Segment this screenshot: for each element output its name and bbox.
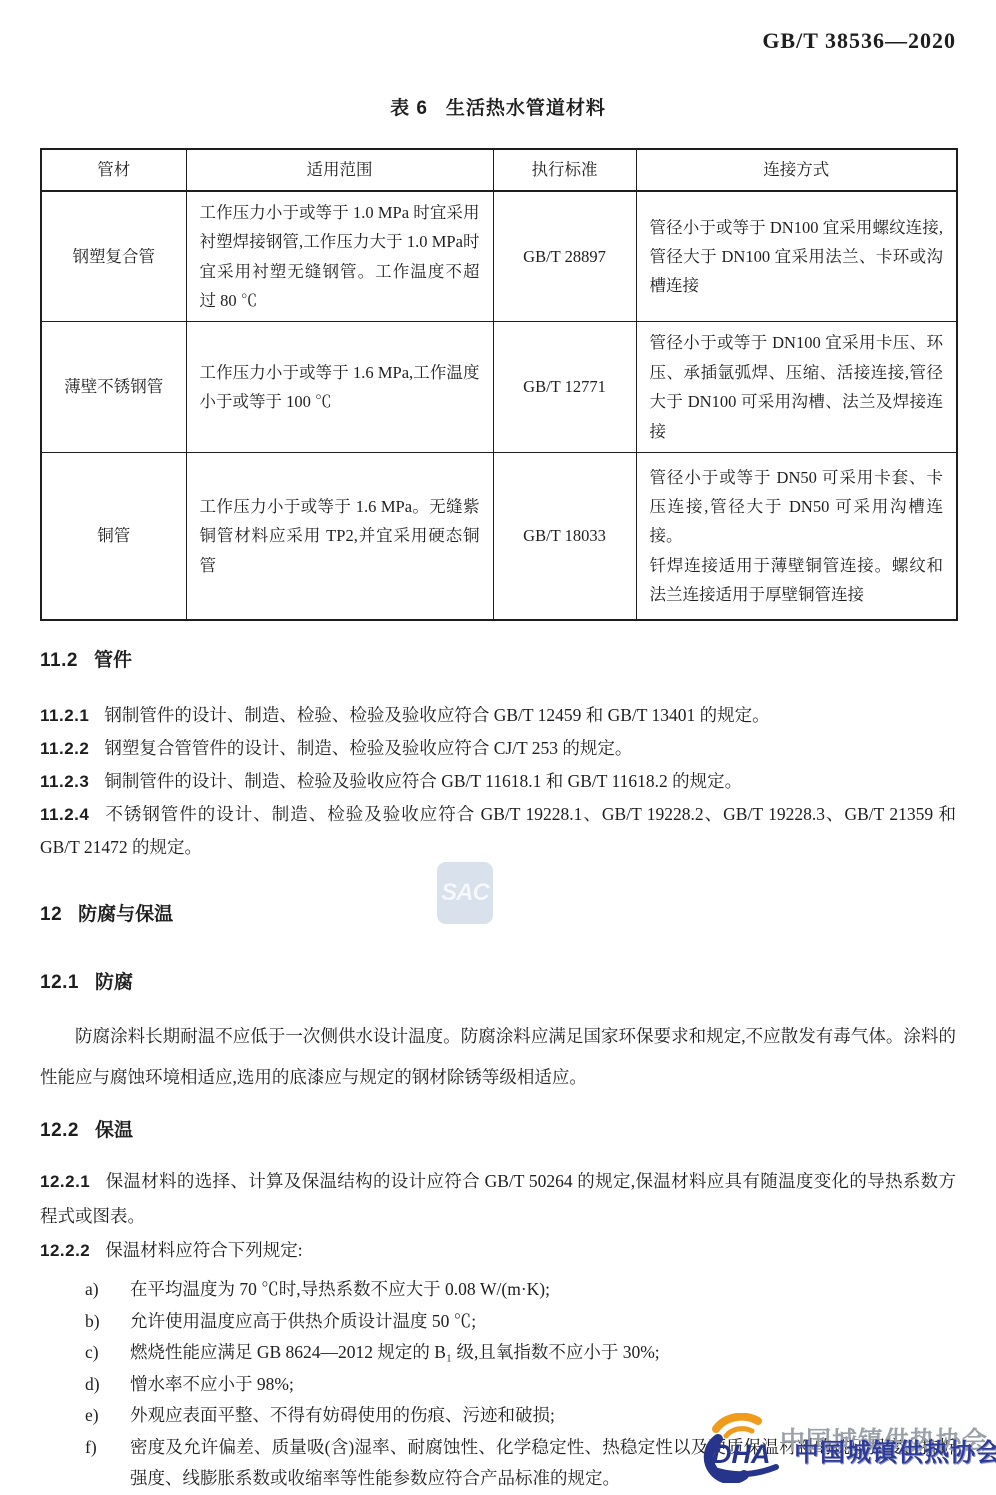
- section-title: 管件: [94, 650, 132, 671]
- table-row: 薄壁不锈钢管 工作压力小于或等于 1.6 MPa,工作温度小于或等于 100 ℃…: [41, 322, 957, 452]
- section-heading-12-1: 12.1防腐: [40, 972, 956, 994]
- list-item-text: 允许使用温度应高于供热介质设计温度 50 ℃;: [130, 1311, 476, 1331]
- section-title: 保温: [95, 1120, 133, 1141]
- association-name-main: 中国城镇供热协会: [794, 1433, 996, 1469]
- cdha-acronym: DHA: [712, 1439, 771, 1470]
- document-page: GB/T 38536—2020 表 6生活热水管道材料 管材 适用范围 执行标准…: [0, 0, 996, 1495]
- list-item-text: 外观应表面平整、不得有妨碍使用的伤痕、污迹和破损;: [130, 1405, 555, 1425]
- list-item: b)允许使用温度应高于供热介质设计温度 50 ℃;: [40, 1306, 956, 1338]
- pipe-materials-table: 管材 适用范围 执行标准 连接方式 钢塑复合管 工作压力小于或等于 1.0 MP…: [40, 148, 958, 621]
- clause-paragraph: 11.2.2钢塑复合管管件的设计、制造、检验及验收应符合 CJ/T 253 的规…: [40, 732, 956, 765]
- table-row: 钢塑复合管 工作压力小于或等于 1.0 MPa 时宜采用衬塑焊接钢管,工作压力大…: [41, 191, 957, 322]
- section-title: 防腐与保温: [78, 904, 173, 925]
- cell-standard: GB/T 12771: [493, 322, 636, 452]
- clause-text: 不锈钢管件的设计、制造、检验及验收应符合 GB/T 19228.1、GB/T 1…: [40, 804, 956, 857]
- section-heading-11-2: 11.2管件: [40, 650, 956, 672]
- clause-paragraph: 12.2.2保温材料应符合下列规定:: [40, 1233, 956, 1268]
- clause-number: 11.2.3: [40, 772, 89, 791]
- cell-material: 薄壁不锈钢管: [41, 322, 186, 452]
- association-name: 中国城镇供热协会 中国城镇供热协会: [780, 1419, 988, 1479]
- clause-text: 钢塑复合管管件的设计、制造、检验及验收应符合 CJ/T 253 的规定。: [104, 738, 632, 758]
- list-item-label: a): [85, 1274, 99, 1306]
- list-item: a)在平均温度为 70 ℃时,导热系数不应大于 0.08 W/(m·K);: [40, 1274, 956, 1306]
- association-logo: DHA 中国城镇供热协会 中国城镇供热协会: [688, 1413, 988, 1483]
- clause-number: 11.2.1: [40, 706, 89, 725]
- section-number: 11.2: [40, 650, 78, 671]
- standard-number: GB/T 38536—2020: [762, 28, 956, 54]
- clause-text: 保温材料的选择、计算及保温结构的设计应符合 GB/T 50264 的规定,保温材…: [40, 1171, 956, 1226]
- clause-number: 12.2.2: [40, 1241, 90, 1260]
- clause-number: 11.2.2: [40, 739, 89, 758]
- clause-text: 钢制管件的设计、制造、检验、检验及验收应符合 GB/T 12459 和 GB/T…: [104, 705, 769, 725]
- cell-material: 铜管: [41, 452, 186, 620]
- list-item-label: c): [85, 1337, 99, 1369]
- table-caption-prefix: 表 6: [390, 98, 428, 119]
- cell-scope: 工作压力小于或等于 1.0 MPa 时宜采用衬塑焊接钢管,工作压力大于 1.0 …: [186, 191, 493, 322]
- table-header-row: 管材 适用范围 执行标准 连接方式: [41, 149, 957, 191]
- list-item: d)憎水率不应小于 98%;: [40, 1369, 956, 1401]
- clause-group-11-2: 11.2.1钢制管件的设计、制造、检验、检验及验收应符合 GB/T 12459 …: [40, 699, 956, 864]
- list-item-text: 在平均温度为 70 ℃时,导热系数不应大于 0.08 W/(m·K);: [130, 1279, 550, 1299]
- body-text: 11.2管件 11.2.1钢制管件的设计、制造、检验、检验及验收应符合 GB/T…: [40, 640, 956, 1495]
- list-item: c)燃烧性能应满足 GB 8624—2012 规定的 B₁ 级,且氧指数不应小于…: [40, 1337, 956, 1369]
- table-caption: 表 6生活热水管道材料: [0, 93, 996, 120]
- col-header-material: 管材: [41, 149, 186, 191]
- col-header-scope: 适用范围: [186, 149, 493, 191]
- section-number: 12.1: [40, 972, 79, 993]
- col-header-standard: 执行标准: [493, 149, 636, 191]
- cell-connection: 管径小于或等于 DN100 宜采用螺纹连接,管径大于 DN100 宜采用法兰、卡…: [636, 191, 957, 322]
- clause-paragraph: 11.2.3铜制管件的设计、制造、检验及验收应符合 GB/T 11618.1 和…: [40, 765, 956, 798]
- cell-scope: 工作压力小于或等于 1.6 MPa,工作温度小于或等于 100 ℃: [186, 322, 493, 452]
- cell-scope: 工作压力小于或等于 1.6 MPa。无缝紫铜管材料应采用 TP2,并宜采用硬态铜…: [186, 452, 493, 620]
- table-row: 铜管 工作压力小于或等于 1.6 MPa。无缝紫铜管材料应采用 TP2,并宜采用…: [41, 452, 957, 620]
- section-title: 防腐: [95, 972, 133, 993]
- table-caption-text: 生活热水管道材料: [446, 98, 606, 119]
- clause-paragraph: 11.2.1钢制管件的设计、制造、检验、检验及验收应符合 GB/T 12459 …: [40, 699, 956, 732]
- list-item-label: f): [85, 1432, 97, 1464]
- paragraph-12-1: 防腐涂料长期耐温不应低于一次侧供水设计温度。防腐涂料应满足国家环保要求和规定,不…: [40, 1016, 956, 1098]
- cell-standard: GB/T 18033: [493, 452, 636, 620]
- cell-connection: 管径小于或等于 DN100 宜采用卡压、环压、承插氩弧焊、压缩、活接连接,管径大…: [636, 322, 957, 452]
- section-heading-12: 12防腐与保温: [40, 904, 956, 926]
- clause-text: 保温材料应符合下列规定:: [105, 1240, 302, 1260]
- clause-number: 12.2.1: [40, 1172, 90, 1191]
- cell-material: 钢塑复合管: [41, 191, 186, 322]
- section-heading-12-2: 12.2保温: [40, 1120, 956, 1142]
- clause-paragraph: 12.2.1保温材料的选择、计算及保温结构的设计应符合 GB/T 50264 的…: [40, 1164, 956, 1233]
- list-item-text: 憎水率不应小于 98%;: [130, 1374, 294, 1394]
- cell-connection: 管径小于或等于 DN50 可采用卡套、卡压连接,管径大于 DN50 可采用沟槽连…: [636, 452, 957, 620]
- col-header-connection: 连接方式: [636, 149, 957, 191]
- section-number: 12: [40, 904, 62, 925]
- clause-number: 11.2.4: [40, 805, 89, 824]
- list-item-label: b): [85, 1306, 100, 1338]
- cell-standard: GB/T 28897: [493, 191, 636, 322]
- list-item-label: d): [85, 1369, 100, 1401]
- section-number: 12.2: [40, 1120, 79, 1141]
- list-item-label: e): [85, 1400, 99, 1432]
- clause-text: 铜制管件的设计、制造、检验及验收应符合 GB/T 11618.1 和 GB/T …: [104, 771, 742, 791]
- cdha-emblem-icon: DHA: [688, 1413, 788, 1483]
- list-item-text: 燃烧性能应满足 GB 8624—2012 规定的 B₁ 级,且氧指数不应小于 3…: [130, 1342, 660, 1362]
- clause-paragraph: 11.2.4不锈钢管件的设计、制造、检验及验收应符合 GB/T 19228.1、…: [40, 798, 956, 864]
